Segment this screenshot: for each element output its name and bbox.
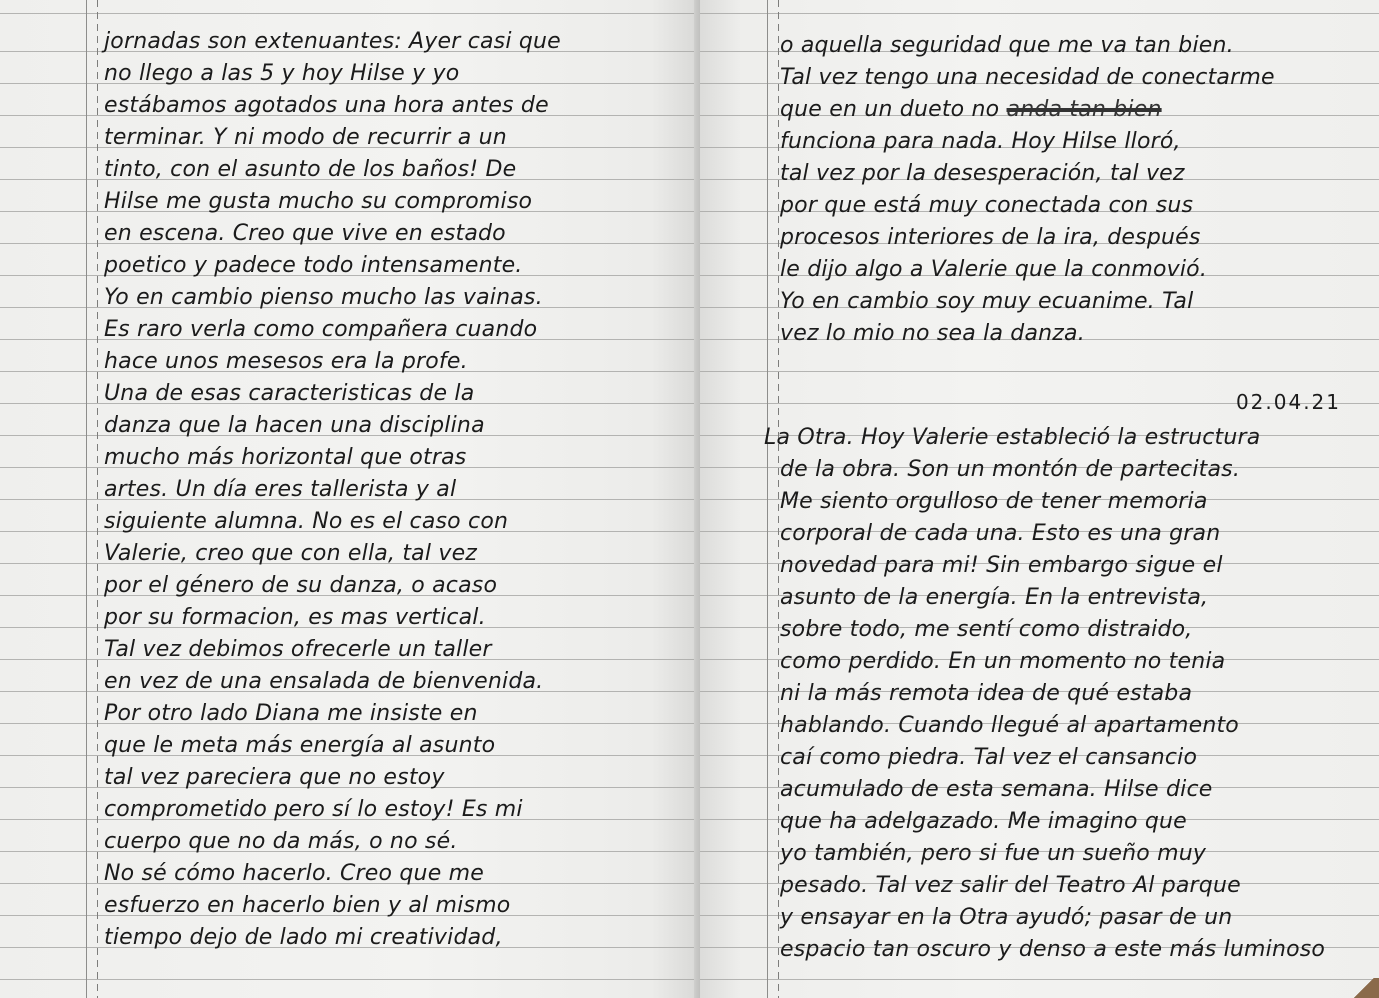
text-line: por el género de su danza, o acaso (104, 570, 684, 602)
text-line: le dijo algo a Valerie que la conmovió. (780, 254, 1365, 286)
text-line: y ensayar en la Otra ayudó; pasar de un (764, 902, 1369, 934)
text-line: tiempo dejo de lado mi creatividad, (104, 922, 684, 954)
text-line: espacio tan oscuro y denso a este más lu… (764, 934, 1369, 966)
text-line: funciona para nada. Hoy Hilse lloró, (780, 126, 1365, 158)
text-line: no llego a las 5 y hoy Hilse y yo (104, 58, 684, 90)
right-page: o aquella seguridad que me va tan bien. … (700, 0, 1379, 998)
text-line: esfuerzo en hacerlo bien y al mismo (104, 890, 684, 922)
text-line: que en un dueto no anda tan bien (780, 94, 1365, 126)
text-fragment: que en un dueto no (780, 97, 999, 122)
text-line: Yo en cambio soy muy ecuanime. Tal (780, 286, 1365, 318)
text-line: que ha adelgazado. Me imagino que (764, 806, 1369, 838)
text-line: hablando. Cuando llegué al apartamento (764, 710, 1369, 742)
text-line: hace unos mesesos era la profe. (104, 346, 684, 378)
text-line: Por otro lado Diana me insiste en (104, 698, 684, 730)
text-line: novedad para mi! Sin embargo sigue el (764, 550, 1369, 582)
text-line: procesos interiores de la ira, después (780, 222, 1365, 254)
text-line: en escena. Creo que vive en estado (104, 218, 684, 250)
margin-line (86, 0, 87, 998)
text-line: cuerpo que no da más, o no sé. (104, 826, 684, 858)
text-line: artes. Un día eres tallerista y al (104, 474, 684, 506)
text-line: en vez de una ensalada de bienvenida. (104, 666, 684, 698)
text-line: jornadas son extenuantes: Ayer casi que (104, 26, 684, 58)
text-line: caí como piedra. Tal vez el cansancio (764, 742, 1369, 774)
text-line: Tal vez debimos ofrecerle un taller (104, 634, 684, 666)
desk-corner (1349, 978, 1379, 998)
text-line: La Otra. Hoy Valerie estableció la estru… (764, 422, 1369, 454)
text-line: Tal vez tengo una necesidad de conectarm… (780, 62, 1365, 94)
text-line: pesado. Tal vez salir del Teatro Al parq… (764, 870, 1369, 902)
text-line: por que está muy conectada con sus (780, 190, 1365, 222)
text-line: Me siento orgulloso de tener memoria (764, 486, 1369, 518)
text-line: No sé cómo hacerlo. Creo que me (104, 858, 684, 890)
text-line: ni la más remota idea de qué estaba (764, 678, 1369, 710)
text-line: terminar. Y ni modo de recurrir a un (104, 122, 684, 154)
text-line: corporal de cada una. Esto es una gran (764, 518, 1369, 550)
text-line: Hilse me gusta mucho su compromiso (104, 186, 684, 218)
text-line: acumulado de esta semana. Hilse dice (764, 774, 1369, 806)
text-line: tinto, con el asunto de los baños! De (104, 154, 684, 186)
text-line: que le meta más energía al asunto (104, 730, 684, 762)
text-line: estábamos agotados una hora antes de (104, 90, 684, 122)
entry-la-otra: La Otra. Hoy Valerie estableció la estru… (764, 422, 1369, 966)
left-page-text: jornadas son extenuantes: Ayer casi que … (104, 26, 684, 954)
notebook-spread: jornadas son extenuantes: Ayer casi que … (0, 0, 1379, 998)
text-line: siguiente alumna. No es el caso con (104, 506, 684, 538)
text-line: yo también, pero si fue un sueño muy (764, 838, 1369, 870)
entry-continuation: o aquella seguridad que me va tan bien. … (780, 30, 1365, 350)
text-line: sobre todo, me sentí como distraido, (764, 614, 1369, 646)
text-line: mucho más horizontal que otras (104, 442, 684, 474)
text-line: como perdido. En un momento no tenia (764, 646, 1369, 678)
text-line: Una de esas caracteristicas de la (104, 378, 684, 410)
text-line: Valerie, creo que con ella, tal vez (104, 538, 684, 570)
text-line: danza que la hacen una disciplina (104, 410, 684, 442)
text-line: asunto de la energía. En la entrevista, (764, 582, 1369, 614)
text-line: tal vez por la desesperación, tal vez (780, 158, 1365, 190)
struck-out-text: anda tan bien (1007, 97, 1162, 122)
text-line: o aquella seguridad que me va tan bien. (780, 30, 1365, 62)
text-line: tal vez pareciera que no estoy (104, 762, 684, 794)
entry-date: 02.04.21 (1236, 386, 1341, 418)
text-line: Yo en cambio pienso mucho las vainas. (104, 282, 684, 314)
left-page: jornadas son extenuantes: Ayer casi que … (0, 0, 700, 998)
text-line: poetico y padece todo intensamente. (104, 250, 684, 282)
text-line: vez lo mio no sea la danza. (780, 318, 1365, 350)
text-line: comprometido pero sí lo estoy! Es mi (104, 794, 684, 826)
text-line: por su formacion, es mas vertical. (104, 602, 684, 634)
text-line: de la obra. Son un montón de partecitas. (764, 454, 1369, 486)
text-line: Es raro verla como compañera cuando (104, 314, 684, 346)
perforation-line (97, 0, 98, 998)
